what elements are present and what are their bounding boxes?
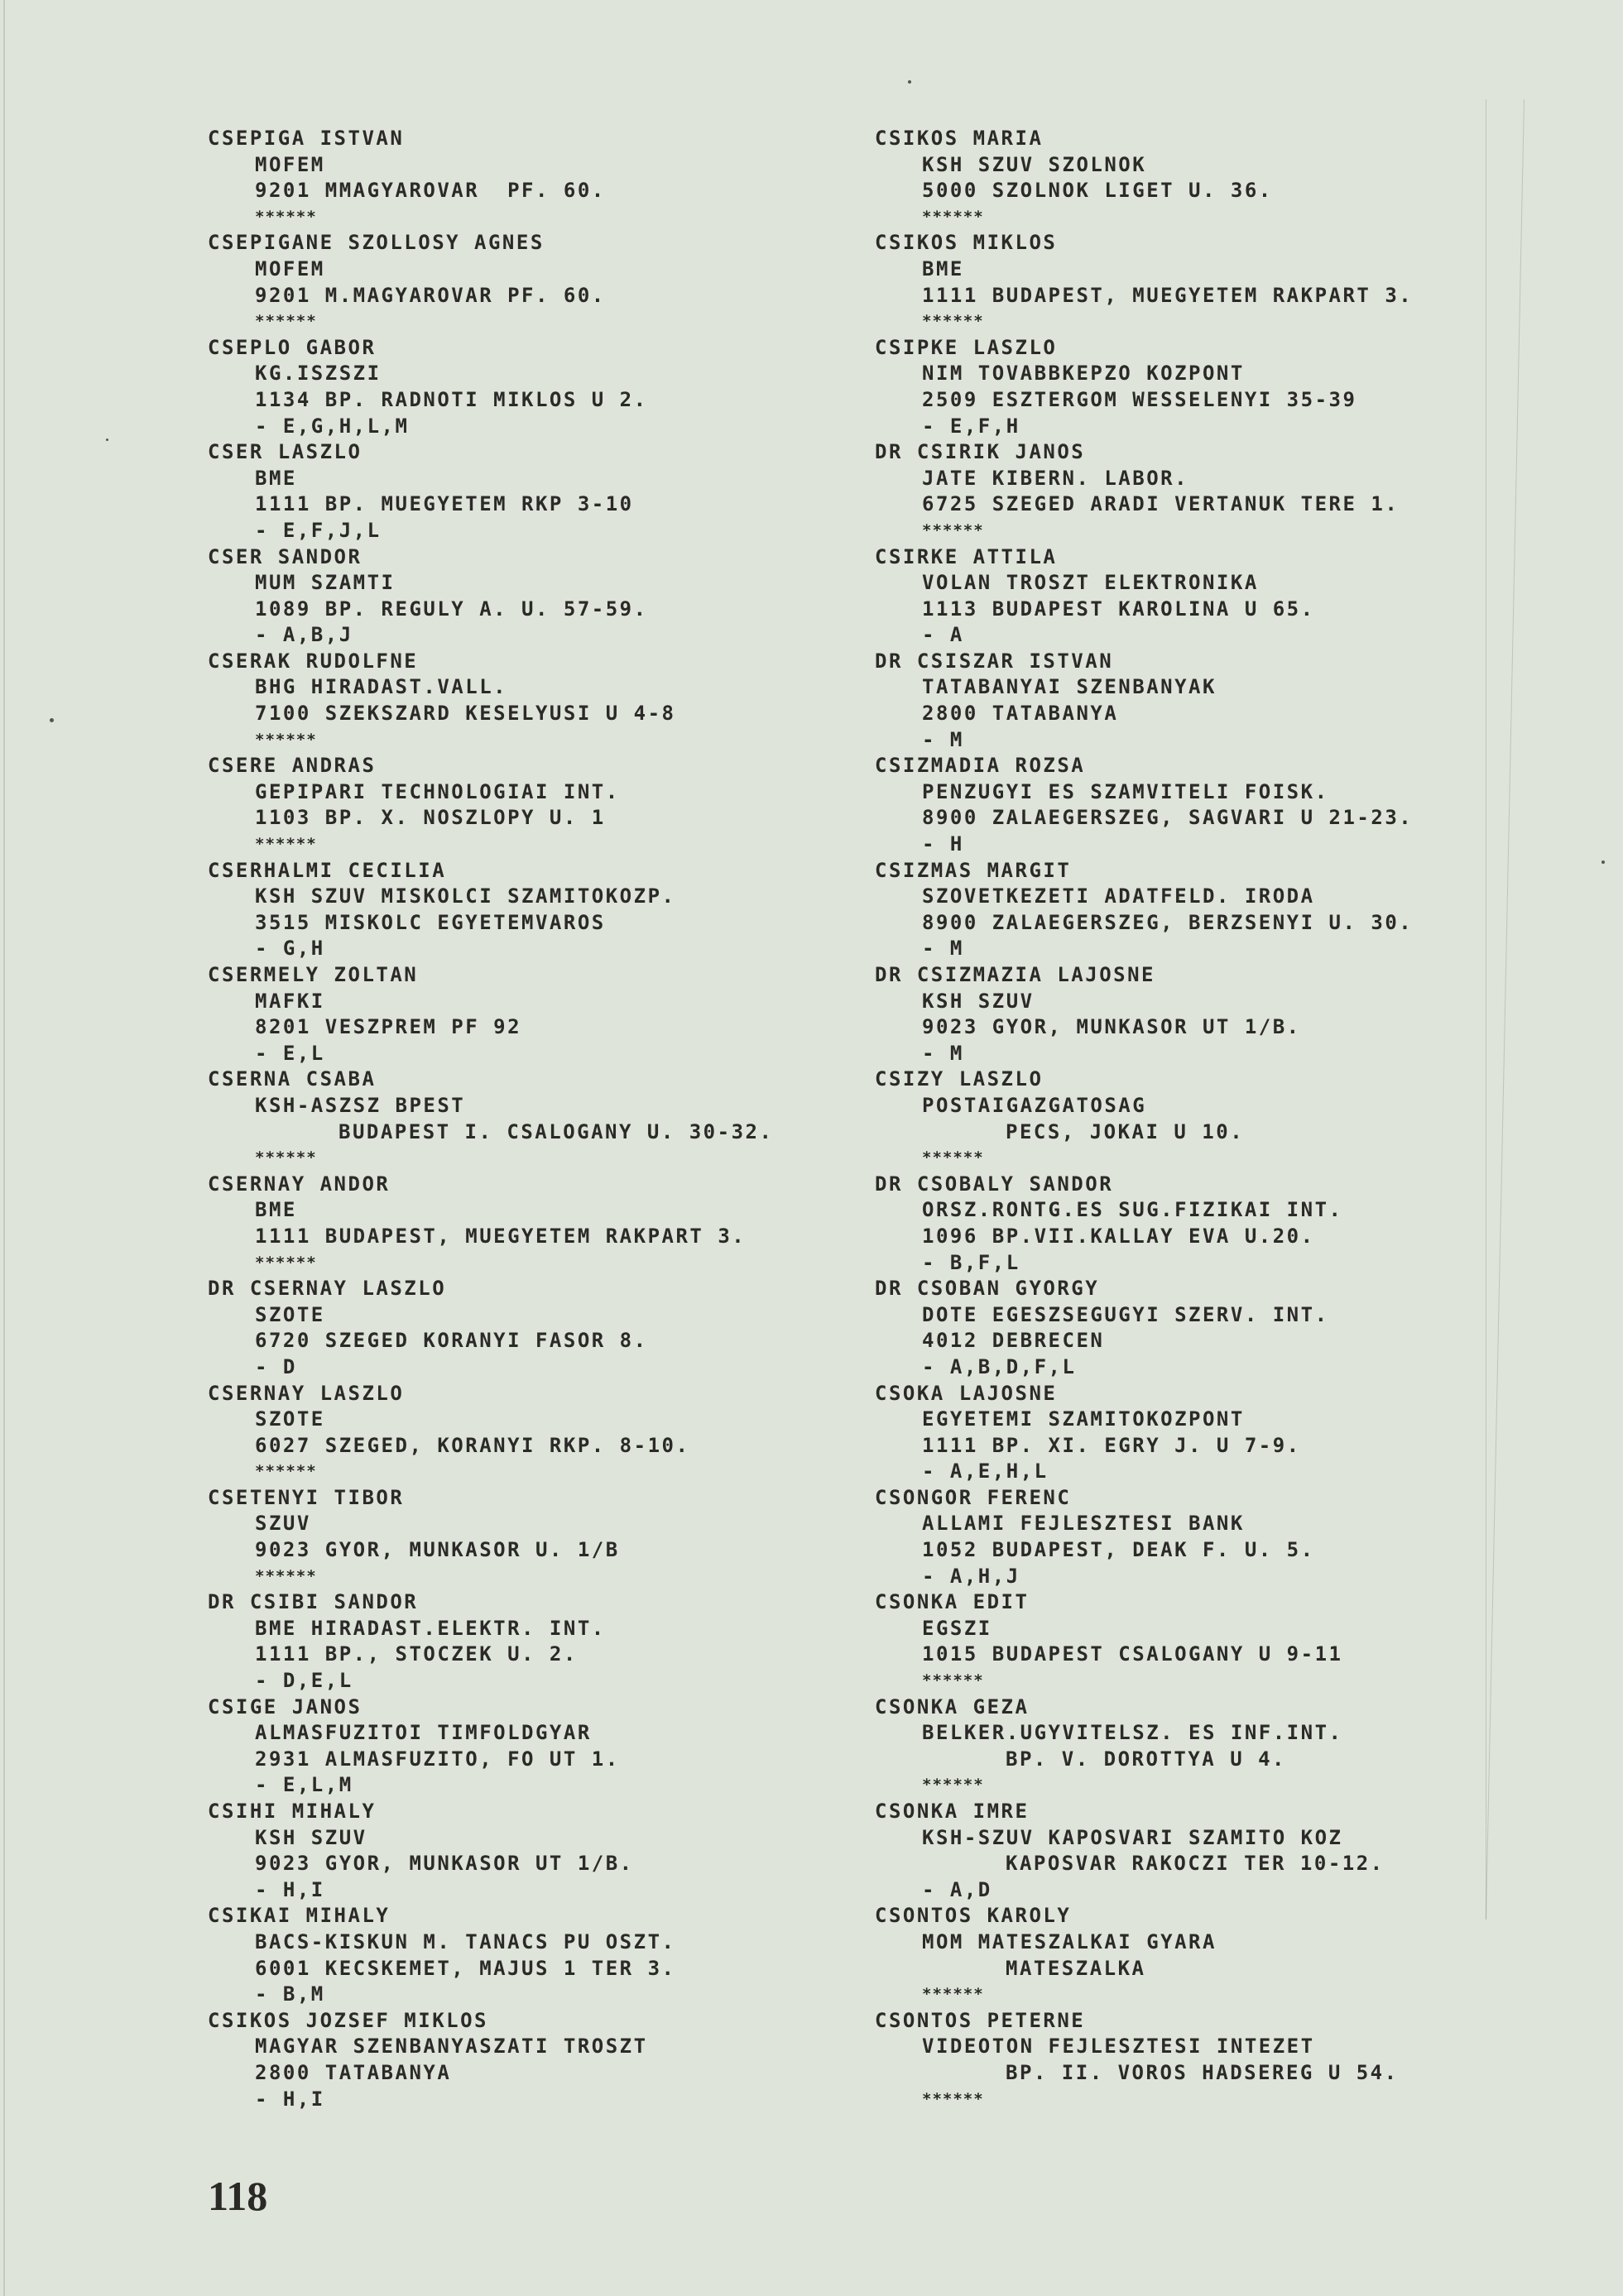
entry-address: 1015 BUDAPEST CSALOGANY U 9-11	[875, 1642, 1520, 1668]
entry-separator: ******	[875, 518, 1520, 544]
entry-name: CSER LASZLO	[208, 439, 853, 466]
entry-organization: MOFEM	[208, 256, 853, 283]
entry-address: BP. II. VOROS HADSEREG U 54.	[875, 2060, 1520, 2087]
entry-address: 8900 ZALAEGERSZEG, SAGVARI U 21-23.	[875, 805, 1520, 832]
entry-codes: - A,H,J	[875, 1564, 1520, 1590]
entry-address: 1111 BP. XI. EGRY J. U 7-9.	[875, 1433, 1520, 1460]
entry-organization: ORSZ.RONTG.ES SUG.FIZIKAI INT.	[875, 1197, 1520, 1224]
entry-address: 1113 BUDAPEST KAROLINA U 65.	[875, 597, 1520, 623]
entry-name: CSIHI MIHALY	[208, 1799, 853, 1825]
entry-name: CSERE ANDRAS	[208, 753, 853, 779]
entry-address: 1134 BP. RADNOTI MIKLOS U 2.	[208, 387, 853, 414]
entry-name: DR CSIZMAZIA LAJOSNE	[875, 962, 1520, 989]
entry-address: 1111 BP. MUEGYETEM RKP 3-10	[208, 491, 853, 518]
entry-separator: ******	[208, 1459, 853, 1485]
directory-entry: CSERMELY ZOLTANMAFKI8201 VESZPREM PF 92-…	[208, 962, 853, 1067]
entry-codes: - H,I	[208, 1877, 853, 1904]
entry-organization: BME	[875, 256, 1520, 283]
directory-entry: CSERNA CSABAKSH-ASZSZ BPESTBUDAPEST I. C…	[208, 1067, 853, 1171]
entry-address: 3515 MISKOLC EGYETEMVAROS	[208, 910, 853, 937]
entry-name: CSEPIGANE SZOLLOSY AGNES	[208, 230, 853, 256]
entry-organization: MOFEM	[208, 152, 853, 179]
entry-name: DR CSERNAY LASZLO	[208, 1276, 853, 1302]
entry-name: DR CSIBI SANDOR	[208, 1589, 853, 1616]
entry-organization: SZUV	[208, 1511, 853, 1537]
entry-name: DR CSOBAN GYORGY	[875, 1276, 1520, 1302]
entry-codes: - A	[875, 622, 1520, 649]
entry-organization: BME HIRADAST.ELEKTR. INT.	[208, 1616, 853, 1642]
entry-separator: ******	[875, 2087, 1520, 2113]
entry-organization: MUM SZAMTI	[208, 570, 853, 597]
directory-entry: CSETENYI TIBORSZUV9023 GYOR, MUNKASOR U.…	[208, 1485, 853, 1589]
entry-address: 8900 ZALAEGERSZEG, BERZSENYI U. 30.	[875, 910, 1520, 937]
directory-entry: CSIHI MIHALYKSH SZUV9023 GYOR, MUNKASOR …	[208, 1799, 853, 1903]
entry-codes: - A,B,D,F,L	[875, 1354, 1520, 1381]
entry-address: 4012 DEBRECEN	[875, 1328, 1520, 1354]
entry-organization: KSH SZUV SZOLNOK	[875, 152, 1520, 179]
entry-name: CSONTOS KAROLY	[875, 1903, 1520, 1929]
entry-organization: KSH SZUV	[875, 989, 1520, 1015]
directory-entry: CSER SANDORMUM SZAMTI1089 BP. REGULY A. …	[208, 544, 853, 649]
entry-name: CSIZY LASZLO	[875, 1067, 1520, 1093]
entry-address: 2509 ESZTERGOM WESSELENYI 35-39	[875, 387, 1520, 414]
entry-address: MATESZALKA	[875, 1956, 1520, 1982]
directory-entry: CSONKA EDITEGSZI1015 BUDAPEST CSALOGANY …	[875, 1589, 1520, 1694]
entry-separator: ******	[208, 309, 853, 335]
entry-organization: MOM MATESZALKAI GYARA	[875, 1929, 1520, 1956]
entry-address: 2931 ALMASFUZITO, FO UT 1.	[208, 1747, 853, 1773]
entry-codes: - A,D	[875, 1877, 1520, 1904]
entry-address: 1111 BUDAPEST, MUEGYETEM RAKPART 3.	[208, 1224, 853, 1250]
entry-address: 5000 SZOLNOK LIGET U. 36.	[875, 178, 1520, 204]
entry-organization: EGSZI	[875, 1616, 1520, 1642]
directory-entry: CSONGOR FERENCALLAMI FEJLESZTESI BANK105…	[875, 1485, 1520, 1589]
directory-entry: CSIZMADIA ROZSAPENZUGYI ES SZAMVITELI FO…	[875, 753, 1520, 857]
entry-address: 9023 GYOR, MUNKASOR U. 1/B	[208, 1537, 853, 1564]
entry-codes: - E,F,H	[875, 414, 1520, 440]
entry-separator: ******	[208, 1145, 853, 1172]
entry-address: 1052 BUDAPEST, DEAK F. U. 5.	[875, 1537, 1520, 1564]
entry-name: CSERNAY ANDOR	[208, 1172, 853, 1198]
entry-codes: - B,M	[208, 1982, 853, 2008]
directory-entry: CSIKOS JOZSEF MIKLOSMAGYAR SZENBANYASZAT…	[208, 2008, 853, 2112]
page-edge	[3, 0, 5, 2296]
entry-name: CSERHALMI CECILIA	[208, 858, 853, 884]
directory-entry: CSONTOS PETERNEVIDEOTON FEJLESZTESI INTE…	[875, 2008, 1520, 2112]
entry-address: 6720 SZEGED KORANYI FASOR 8.	[208, 1328, 853, 1354]
entry-separator: ******	[208, 1250, 853, 1277]
entry-organization: SZOTE	[208, 1302, 853, 1329]
entry-name: CSERNAY LASZLO	[208, 1381, 853, 1407]
entry-name: CSIKOS MIKLOS	[875, 230, 1520, 256]
entry-organization: GEPIPARI TECHNOLOGIAI INT.	[208, 779, 853, 806]
entry-organization: BACS-KISKUN M. TANACS PU OSZT.	[208, 1929, 853, 1956]
entry-name: CSONGOR FERENC	[875, 1485, 1520, 1512]
entry-address: 1111 BP., STOCZEK U. 2.	[208, 1642, 853, 1668]
directory-entry: CSONTOS KAROLYMOM MATESZALKAI GYARAMATES…	[875, 1903, 1520, 2007]
entry-separator: ******	[208, 204, 853, 231]
directory-entry: CSIKOS MARIAKSH SZUV SZOLNOK5000 SZOLNOK…	[875, 126, 1520, 230]
entry-organization: PENZUGYI ES SZAMVITELI FOISK.	[875, 779, 1520, 806]
entry-name: CSER SANDOR	[208, 544, 853, 571]
directory-entry: CSERNAY LASZLOSZOTE6027 SZEGED, KORANYI …	[208, 1381, 853, 1485]
entry-organization: SZOTE	[208, 1407, 853, 1433]
entry-address: BUDAPEST I. CSALOGANY U. 30-32.	[208, 1119, 853, 1146]
entry-name: CSIZMAS MARGIT	[875, 858, 1520, 884]
entry-address: PECS, JOKAI U 10.	[875, 1119, 1520, 1146]
entry-address: BP. V. DOROTTYA U 4.	[875, 1747, 1520, 1773]
entry-codes: - M	[875, 936, 1520, 962]
entry-organization: BME	[208, 1197, 853, 1224]
directory-entry: CSERAK RUDOLFNEBHG HIRADAST.VALL.7100 SZ…	[208, 649, 853, 753]
entry-codes: - H,I	[208, 2087, 853, 2113]
entry-address: 9023 GYOR, MUNKASOR UT 1/B.	[208, 1851, 853, 1877]
entry-address: 9201 MMAGYAROVAR PF. 60.	[208, 178, 853, 204]
entry-organization: JATE KIBERN. LABOR.	[875, 466, 1520, 492]
entry-organization: ALMASFUZITOI TIMFOLDGYAR	[208, 1720, 853, 1747]
directory-entry: DR CSOBAN GYORGYDOTE EGESZSEGUGYI SZERV.…	[875, 1276, 1520, 1380]
entry-codes: - M	[875, 1041, 1520, 1067]
entry-address: 7100 SZEKSZARD KESELYUSI U 4-8	[208, 701, 853, 727]
entry-organization: POSTAIGAZGATOSAG	[875, 1093, 1520, 1119]
directory-entry: CSIGE JANOSALMASFUZITOI TIMFOLDGYAR2931 …	[208, 1694, 853, 1799]
entry-codes: - E,G,H,L,M	[208, 414, 853, 440]
entry-address: 6725 SZEGED ARADI VERTANUK TERE 1.	[875, 491, 1520, 518]
entry-address: 1089 BP. REGULY A. U. 57-59.	[208, 597, 853, 623]
entry-address: 1111 BUDAPEST, MUEGYETEM RAKPART 3.	[875, 283, 1520, 309]
directory-entry: CSERNAY ANDORBME1111 BUDAPEST, MUEGYETEM…	[208, 1172, 853, 1276]
directory-column-left: CSEPIGA ISTVANMOFEM9201 MMAGYAROVAR PF. …	[208, 126, 853, 2112]
entry-organization: BME	[208, 466, 853, 492]
directory-entry: DR CSISZAR ISTVANTATABANYAI SZENBANYAK28…	[875, 649, 1520, 753]
directory-entry: CSIPKE LASZLONIM TOVABBKEPZO KOZPONT2509…	[875, 335, 1520, 439]
entry-codes: - M	[875, 727, 1520, 754]
entry-codes: - A,B,J	[208, 622, 853, 649]
directory-entry: DR CSOBALY SANDORORSZ.RONTG.ES SUG.FIZIK…	[875, 1172, 1520, 1276]
entry-separator: ******	[875, 309, 1520, 335]
directory-entry: CSEPIGANE SZOLLOSY AGNESMOFEM9201 M.MAGY…	[208, 230, 853, 334]
entry-name: CSONKA EDIT	[875, 1589, 1520, 1616]
entry-name: CSONTOS PETERNE	[875, 2008, 1520, 2035]
directory-entry: CSERE ANDRASGEPIPARI TECHNOLOGIAI INT.11…	[208, 753, 853, 857]
entry-address: 8201 VESZPREM PF 92	[208, 1014, 853, 1041]
entry-organization: KSH SZUV	[208, 1825, 853, 1852]
directory-entry: CSIZY LASZLOPOSTAIGAZGATOSAGPECS, JOKAI …	[875, 1067, 1520, 1171]
entry-organization: BHG HIRADAST.VALL.	[208, 674, 853, 701]
directory-entry: CSERHALMI CECILIAKSH SZUV MISKOLCI SZAMI…	[208, 858, 853, 962]
entry-name: CSONKA GEZA	[875, 1694, 1520, 1721]
entry-codes: - D,E,L	[208, 1668, 853, 1694]
entry-organization: TATABANYAI SZENBANYAK	[875, 674, 1520, 701]
entry-codes: - E,L,M	[208, 1772, 853, 1799]
entry-address: 2800 TATABANYA	[208, 2060, 853, 2087]
directory-entry: CSEPLO GABORKG.ISZSZI1134 BP. RADNOTI MI…	[208, 335, 853, 439]
directory-entry: CSEPIGA ISTVANMOFEM9201 MMAGYAROVAR PF. …	[208, 126, 853, 230]
entry-name: CSERNA CSABA	[208, 1067, 853, 1093]
dust-speck	[1601, 860, 1605, 864]
page-number: 118	[208, 2172, 267, 2220]
directory-entry: CSOKA LAJOSNEEGYETEMI SZAMITOKOZPONT1111…	[875, 1381, 1520, 1485]
entry-codes: - B,F,L	[875, 1250, 1520, 1277]
entry-name: CSOKA LAJOSNE	[875, 1381, 1520, 1407]
directory-entry: CSONKA GEZABELKER.UGYVITELSZ. ES INF.INT…	[875, 1694, 1520, 1799]
entry-organization: KSH SZUV MISKOLCI SZAMITOKOZP.	[208, 884, 853, 910]
entry-codes: - D	[208, 1354, 853, 1381]
entry-organization: NIM TOVABBKEPZO KOZPONT	[875, 361, 1520, 387]
entry-separator: ******	[208, 1564, 853, 1590]
dust-speck	[908, 80, 911, 84]
entry-codes: - G,H	[208, 936, 853, 962]
entry-name: CSIKOS JOZSEF MIKLOS	[208, 2008, 853, 2035]
entry-name: CSERAK RUDOLFNE	[208, 649, 853, 675]
entry-address: 9201 M.MAGYAROVAR PF. 60.	[208, 283, 853, 309]
entry-organization: VOLAN TROSZT ELEKTRONIKA	[875, 570, 1520, 597]
entry-organization: DOTE EGESZSEGUGYI SZERV. INT.	[875, 1302, 1520, 1329]
entry-organization: EGYETEMI SZAMITOKOZPONT	[875, 1407, 1520, 1433]
entry-separator: ******	[208, 727, 853, 754]
entry-address: 6001 KECSKEMET, MAJUS 1 TER 3.	[208, 1956, 853, 1982]
dust-speck	[50, 718, 54, 722]
entry-name: CSEPIGA ISTVAN	[208, 126, 853, 152]
entry-organization: KG.ISZSZI	[208, 361, 853, 387]
entry-organization: KSH-SZUV KAPOSVARI SZAMITO KOZ	[875, 1825, 1520, 1852]
entry-name: CSONKA IMRE	[875, 1799, 1520, 1825]
directory-entry: CSIKOS MIKLOSBME1111 BUDAPEST, MUEGYETEM…	[875, 230, 1520, 334]
entry-separator: ******	[875, 1145, 1520, 1172]
entry-name: CSIKOS MARIA	[875, 126, 1520, 152]
directory-entry: DR CSIBI SANDORBME HIRADAST.ELEKTR. INT.…	[208, 1589, 853, 1694]
entry-name: DR CSOBALY SANDOR	[875, 1172, 1520, 1198]
entry-address: KAPOSVAR RAKOCZI TER 10-12.	[875, 1851, 1520, 1877]
directory-entry: DR CSIZMAZIA LAJOSNEKSH SZUV9023 GYOR, M…	[875, 962, 1520, 1067]
entry-address: 1096 BP.VII.KALLAY EVA U.20.	[875, 1224, 1520, 1250]
directory-entry: CSIKAI MIHALYBACS-KISKUN M. TANACS PU OS…	[208, 1903, 853, 2007]
entry-separator: ******	[875, 1668, 1520, 1694]
entry-codes: - E,L	[208, 1041, 853, 1067]
entry-codes: - E,F,J,L	[208, 518, 853, 544]
entry-separator: ******	[875, 204, 1520, 231]
directory-entry: DR CSIRIK JANOSJATE KIBERN. LABOR.6725 S…	[875, 439, 1520, 544]
entry-organization: BELKER.UGYVITELSZ. ES INF.INT.	[875, 1720, 1520, 1747]
entry-name: CSIRKE ATTILA	[875, 544, 1520, 571]
entry-name: CSIKAI MIHALY	[208, 1903, 853, 1929]
entry-organization: MAFKI	[208, 989, 853, 1015]
entry-name: DR CSISZAR ISTVAN	[875, 649, 1520, 675]
entry-separator: ******	[875, 1772, 1520, 1799]
entry-address: 1103 BP. X. NOSZLOPY U. 1	[208, 805, 853, 832]
entry-name: CSIZMADIA ROZSA	[875, 753, 1520, 779]
entry-name: DR CSIRIK JANOS	[875, 439, 1520, 466]
entry-codes: - A,E,H,L	[875, 1459, 1520, 1485]
directory-entry: CSONKA IMREKSH-SZUV KAPOSVARI SZAMITO KO…	[875, 1799, 1520, 1903]
entry-address: 2800 TATABANYA	[875, 701, 1520, 727]
entry-separator: ******	[875, 1982, 1520, 2008]
entry-organization: MAGYAR SZENBANYASZATI TROSZT	[208, 2034, 853, 2060]
entry-organization: VIDEOTON FEJLESZTESI INTEZET	[875, 2034, 1520, 2060]
entry-organization: ALLAMI FEJLESZTESI BANK	[875, 1511, 1520, 1537]
entry-address: 6027 SZEGED, KORANYI RKP. 8-10.	[208, 1433, 853, 1460]
entry-address: 9023 GYOR, MUNKASOR UT 1/B.	[875, 1014, 1520, 1041]
entry-name: CSIGE JANOS	[208, 1694, 853, 1721]
entry-name: CSIPKE LASZLO	[875, 335, 1520, 362]
entry-separator: ******	[208, 832, 853, 858]
dust-speck	[106, 439, 108, 441]
directory-entry: DR CSERNAY LASZLOSZOTE6720 SZEGED KORANY…	[208, 1276, 853, 1380]
entry-organization: SZOVETKEZETI ADATFELD. IRODA	[875, 884, 1520, 910]
directory-entry: CSER LASZLOBME1111 BP. MUEGYETEM RKP 3-1…	[208, 439, 853, 544]
entry-name: CSERMELY ZOLTAN	[208, 962, 853, 989]
directory-entry: CSIRKE ATTILAVOLAN TROSZT ELEKTRONIKA111…	[875, 544, 1520, 649]
entry-name: CSETENYI TIBOR	[208, 1485, 853, 1512]
entry-organization: KSH-ASZSZ BPEST	[208, 1093, 853, 1119]
entry-name: CSEPLO GABOR	[208, 335, 853, 362]
entry-codes: - H	[875, 832, 1520, 858]
directory-column-right: CSIKOS MARIAKSH SZUV SZOLNOK5000 SZOLNOK…	[875, 126, 1520, 2112]
directory-entry: CSIZMAS MARGITSZOVETKEZETI ADATFELD. IRO…	[875, 858, 1520, 962]
